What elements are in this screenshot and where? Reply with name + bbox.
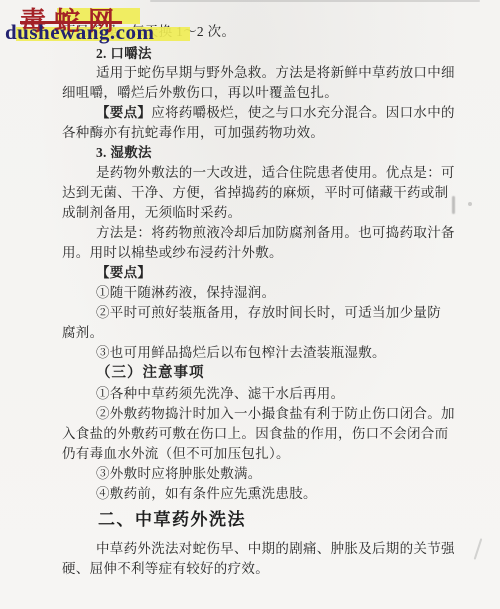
scan-artifact xyxy=(452,196,455,214)
site-watermark: 毒蛇网 dushewang.com xyxy=(0,0,200,50)
scan-artifact xyxy=(468,202,472,206)
text-line: 【要点】应将药嚼极烂，使之与口水充分混合。因口水中的 xyxy=(96,101,455,121)
watermark-site-url: dushewang.com xyxy=(5,20,154,45)
keypoint-label: 【要点】 xyxy=(96,105,151,120)
list-item: ①各种中草药须先洗净、滤干水后再用。 xyxy=(96,382,344,402)
list-item: ③也可用鲜品捣烂后以布包榨汁去渣装瓶湿敷。 xyxy=(96,341,386,361)
subsection-heading: （三）注意事项 xyxy=(96,361,205,382)
list-item: ①随干随淋药液，保持湿润。 xyxy=(96,281,275,301)
list-item: ③外敷时应将肿胀处敷满。 xyxy=(96,462,262,482)
list-item: ②外敷药物捣汁时加入一小撮食盐有利于防止伤口闭合。加 xyxy=(96,402,455,422)
text-line: 入食盐的外敷药可敷在伤口上。因食盐的作用，伤口不会闭合而 xyxy=(62,422,448,442)
text-line: 达到无菌、干净、方便，省掉捣药的麻烦，平时可储藏干药或制 xyxy=(62,181,448,201)
text-line: 方法是：将药物煎液冷却后加防腐剂备用。也可捣药取汁备 xyxy=(96,221,455,241)
section-heading: 3. 湿敷法 xyxy=(96,141,152,161)
text-line: 硬、屈伸不利等症有较好的疗效。 xyxy=(62,557,269,577)
text-line: 仍有毒血水外流（但不可加压包扎）。 xyxy=(62,442,290,462)
scan-artifact xyxy=(474,538,483,560)
text-line: 是药物外敷法的一大改进，适合住院患者使用。优点是：可 xyxy=(96,161,455,181)
list-item: ②平时可煎好装瓶备用，存放时间长时，可适当加少量防 xyxy=(96,301,441,321)
list-item: ④敷药前，如有条件应先熏洗患肢。 xyxy=(96,482,317,502)
text-line: 适用于蛇伤早期与野外急救。方法是将新鲜中草药放口中细 xyxy=(96,61,455,81)
text-line: 中草药外洗法对蛇伤早、中期的剧痛、肿胀及后期的关节强 xyxy=(96,537,455,557)
text-line-rest: 应将药嚼极烂，使之与口水充分混合。因口水中的 xyxy=(151,105,455,120)
text-line: 各种酶亦有抗蛇毒作用，可加强药物功效。 xyxy=(62,121,324,141)
text-line: 腐剂。 xyxy=(62,321,103,341)
text-line: 用。用时以棉垫或纱布浸药汁外敷。 xyxy=(62,241,283,261)
keypoint-label: 【要点】 xyxy=(96,265,151,280)
text-line: 成制剂备用，无须临时采药。 xyxy=(62,201,241,221)
chapter-heading: 二、中草药外洗法 xyxy=(98,505,246,530)
text-line: 细咀嚼，嚼烂后外敷伤口，再以叶覆盖包扎。 xyxy=(62,81,338,101)
keypoint-heading: 【要点】 xyxy=(96,261,151,281)
scanned-book-page: 不易干燥，每天换 1～2 次。 2. 口嚼法 适用于蛇伤早期与野外急救。方法是将… xyxy=(0,0,500,609)
